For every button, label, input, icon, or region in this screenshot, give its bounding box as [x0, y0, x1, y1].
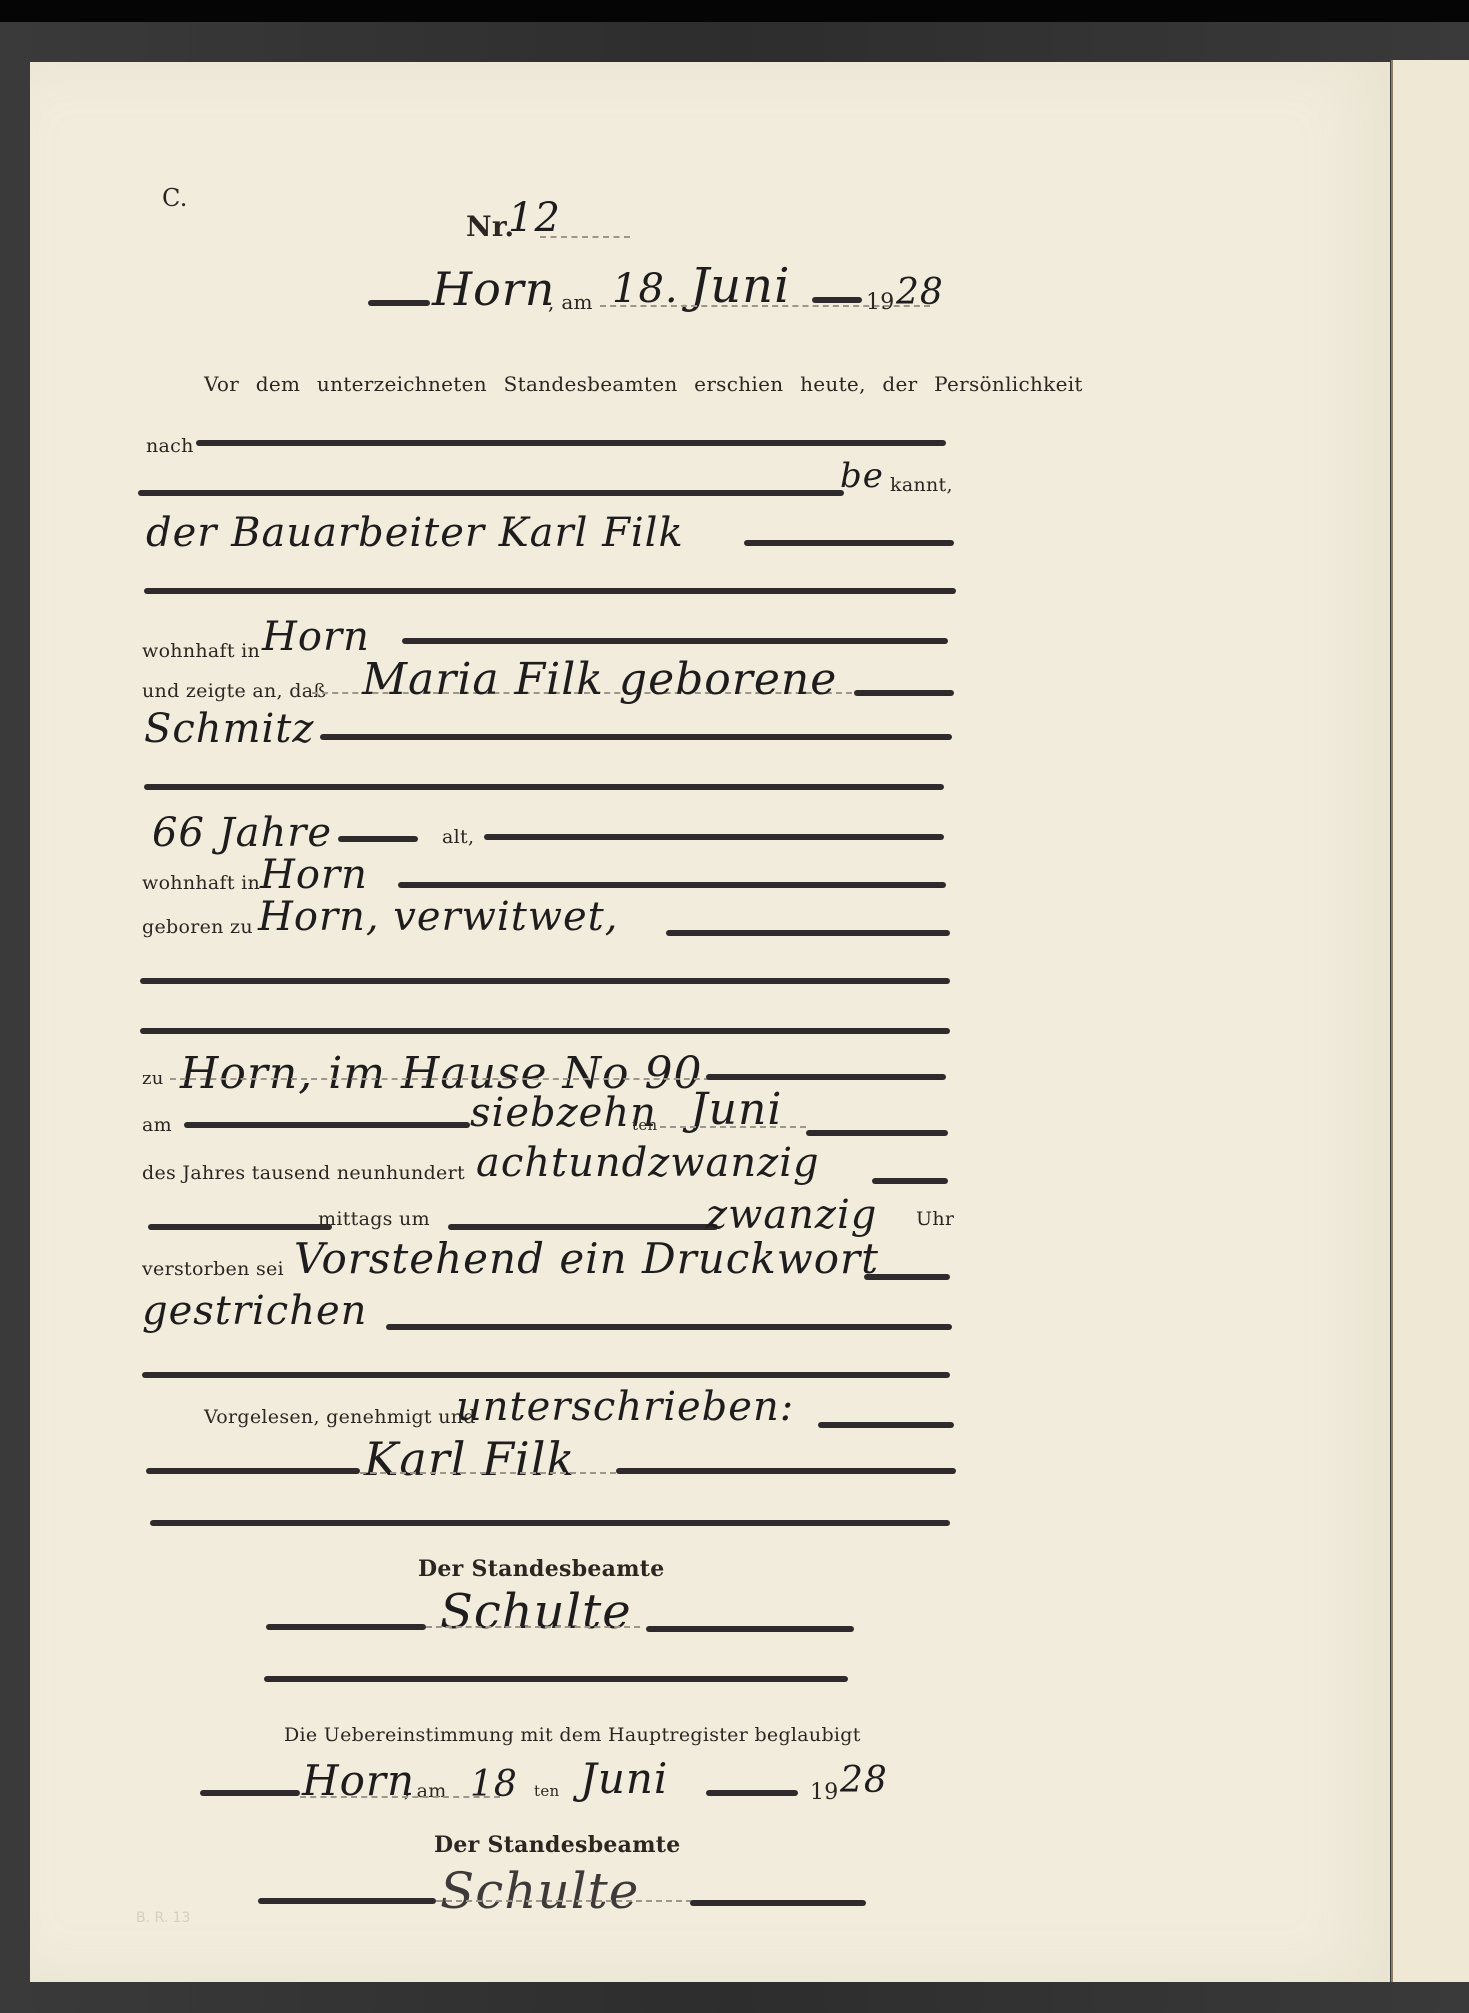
am-label: , am	[548, 290, 593, 314]
place-fill-bar	[368, 300, 430, 306]
remark-bar	[864, 1274, 950, 1280]
informant-bar	[744, 540, 954, 546]
jahres-label: des Jahres tausend neunhundert	[142, 1162, 465, 1184]
residence-bar	[402, 638, 948, 644]
wohnhaft-label: wohnhaft in	[142, 640, 260, 662]
zeigte-label: und zeigte an, daß	[142, 680, 326, 702]
birthplace-status: Horn, verwitwet,	[258, 894, 618, 940]
deceased-name-line1: Maria Filk geborene	[362, 654, 837, 705]
alt-label: alt,	[442, 826, 474, 848]
official2-bar-right	[690, 1900, 866, 1906]
death-register-form: C. Nr. 12 Horn , am 18. Juni 19 28 Vor d…	[0, 0, 1469, 2013]
cert-day: 18	[470, 1764, 518, 1805]
am2-label: am	[142, 1114, 172, 1136]
cert-year-prefix: 19	[810, 1780, 839, 1805]
bekannt-bar	[138, 490, 844, 496]
official-title-2: Der Standesbeamte	[434, 1832, 681, 1858]
signature-bar-right	[616, 1468, 956, 1474]
death-place-bar	[706, 1074, 946, 1080]
residence2-bar	[398, 882, 946, 888]
death-day-word: siebzehn	[470, 1090, 657, 1136]
corner-letter: C.	[162, 184, 188, 212]
blank-bar-1	[144, 784, 944, 790]
vorgelesen-label: Vorgelesen, genehmigt und	[204, 1406, 476, 1428]
official-signature: Schulte	[440, 1584, 632, 1640]
death-year-bar	[872, 1178, 948, 1184]
hour-bar	[448, 1224, 718, 1230]
mittags-label: mittags um	[318, 1208, 430, 1230]
zu-label: zu	[142, 1068, 164, 1089]
remark-line1: Vorstehend ein Druckwort	[294, 1234, 879, 1283]
death-place-dotted-line	[170, 1078, 710, 1080]
official-bar-left	[266, 1624, 426, 1630]
informant-bar-2	[144, 588, 956, 594]
intro-line: Vor dem unterzeichneten Standesbeamten e…	[204, 372, 1083, 396]
nr-dotted-line	[540, 236, 630, 238]
wohnhaft2-label: wohnhaft in	[142, 872, 260, 894]
mittags-bar	[148, 1224, 332, 1230]
cert-dotted-line	[300, 1796, 500, 1798]
maiden-name-bar	[320, 734, 952, 740]
ten-label: ten	[632, 1116, 657, 1134]
verstorben-label: verstorben sei	[142, 1258, 284, 1280]
nr-value: 12	[508, 195, 561, 241]
nach-bar	[196, 440, 946, 446]
deceased-residence: Horn	[260, 852, 368, 898]
blank-bar-2	[140, 978, 950, 984]
bekannt-label: kannt,	[890, 474, 953, 496]
death-year-word: achtundzwanzig	[476, 1140, 820, 1186]
age-bar	[338, 836, 418, 842]
informant-residence: Horn	[262, 614, 370, 660]
official-dotted-line	[426, 1626, 640, 1628]
death-month-dotted-line	[660, 1126, 806, 1128]
vorgelesen-value: unterschrieben:	[456, 1384, 794, 1430]
cert-year-suffix: 28	[840, 1760, 888, 1801]
alt-bar	[484, 834, 944, 840]
date-fill-bar	[812, 297, 862, 303]
death-month-bar	[806, 1130, 948, 1136]
blank-bar-3	[140, 1028, 950, 1034]
birthplace-bar	[666, 930, 950, 936]
remark2-bar	[386, 1324, 952, 1330]
name-bar	[854, 690, 954, 696]
official-signature-2: Schulte	[440, 1862, 639, 1920]
remark-line2: gestrichen	[142, 1288, 367, 1334]
official-bar-2	[264, 1676, 848, 1682]
cert-am-label: , am	[404, 1780, 447, 1802]
footer-mark: B. R. 13	[136, 1910, 190, 1926]
cert-bar-right	[706, 1790, 798, 1796]
cert-month: Juni	[580, 1754, 668, 1803]
age-value: 66 Jahre	[152, 810, 332, 856]
death-hour-word: zwanzig	[706, 1192, 877, 1238]
official-bar-right	[646, 1626, 854, 1632]
official-title: Der Standesbeamte	[418, 1556, 665, 1582]
uhr-label: Uhr	[916, 1208, 954, 1230]
blank-bar-4	[142, 1372, 950, 1378]
cert-bar-left	[200, 1790, 300, 1796]
official2-bar-left	[258, 1898, 436, 1904]
cert-ten-label: ten	[534, 1782, 559, 1800]
signature-dotted-line	[360, 1472, 616, 1474]
year-suffix: 28	[896, 272, 944, 313]
year-prefix: 19	[866, 290, 895, 315]
blank-bar-5	[150, 1520, 950, 1526]
certification-line: Die Uebereinstimmung mit dem Hauptregist…	[284, 1724, 861, 1746]
nach-label: nach	[146, 435, 194, 457]
vorgelesen-bar	[818, 1422, 954, 1428]
official2-dotted-line	[436, 1900, 712, 1902]
place-value: Horn	[432, 262, 555, 316]
informant-value: der Bauarbeiter Karl Filk	[146, 510, 684, 556]
bekannt-hand: be	[840, 456, 884, 496]
geboren-label: geboren zu	[142, 916, 253, 938]
deceased-name-line2: Schmitz	[144, 706, 314, 752]
signature-bar-left	[146, 1468, 360, 1474]
death-day-bar	[184, 1122, 470, 1128]
informant-signature: Karl Filk	[364, 1432, 575, 1486]
